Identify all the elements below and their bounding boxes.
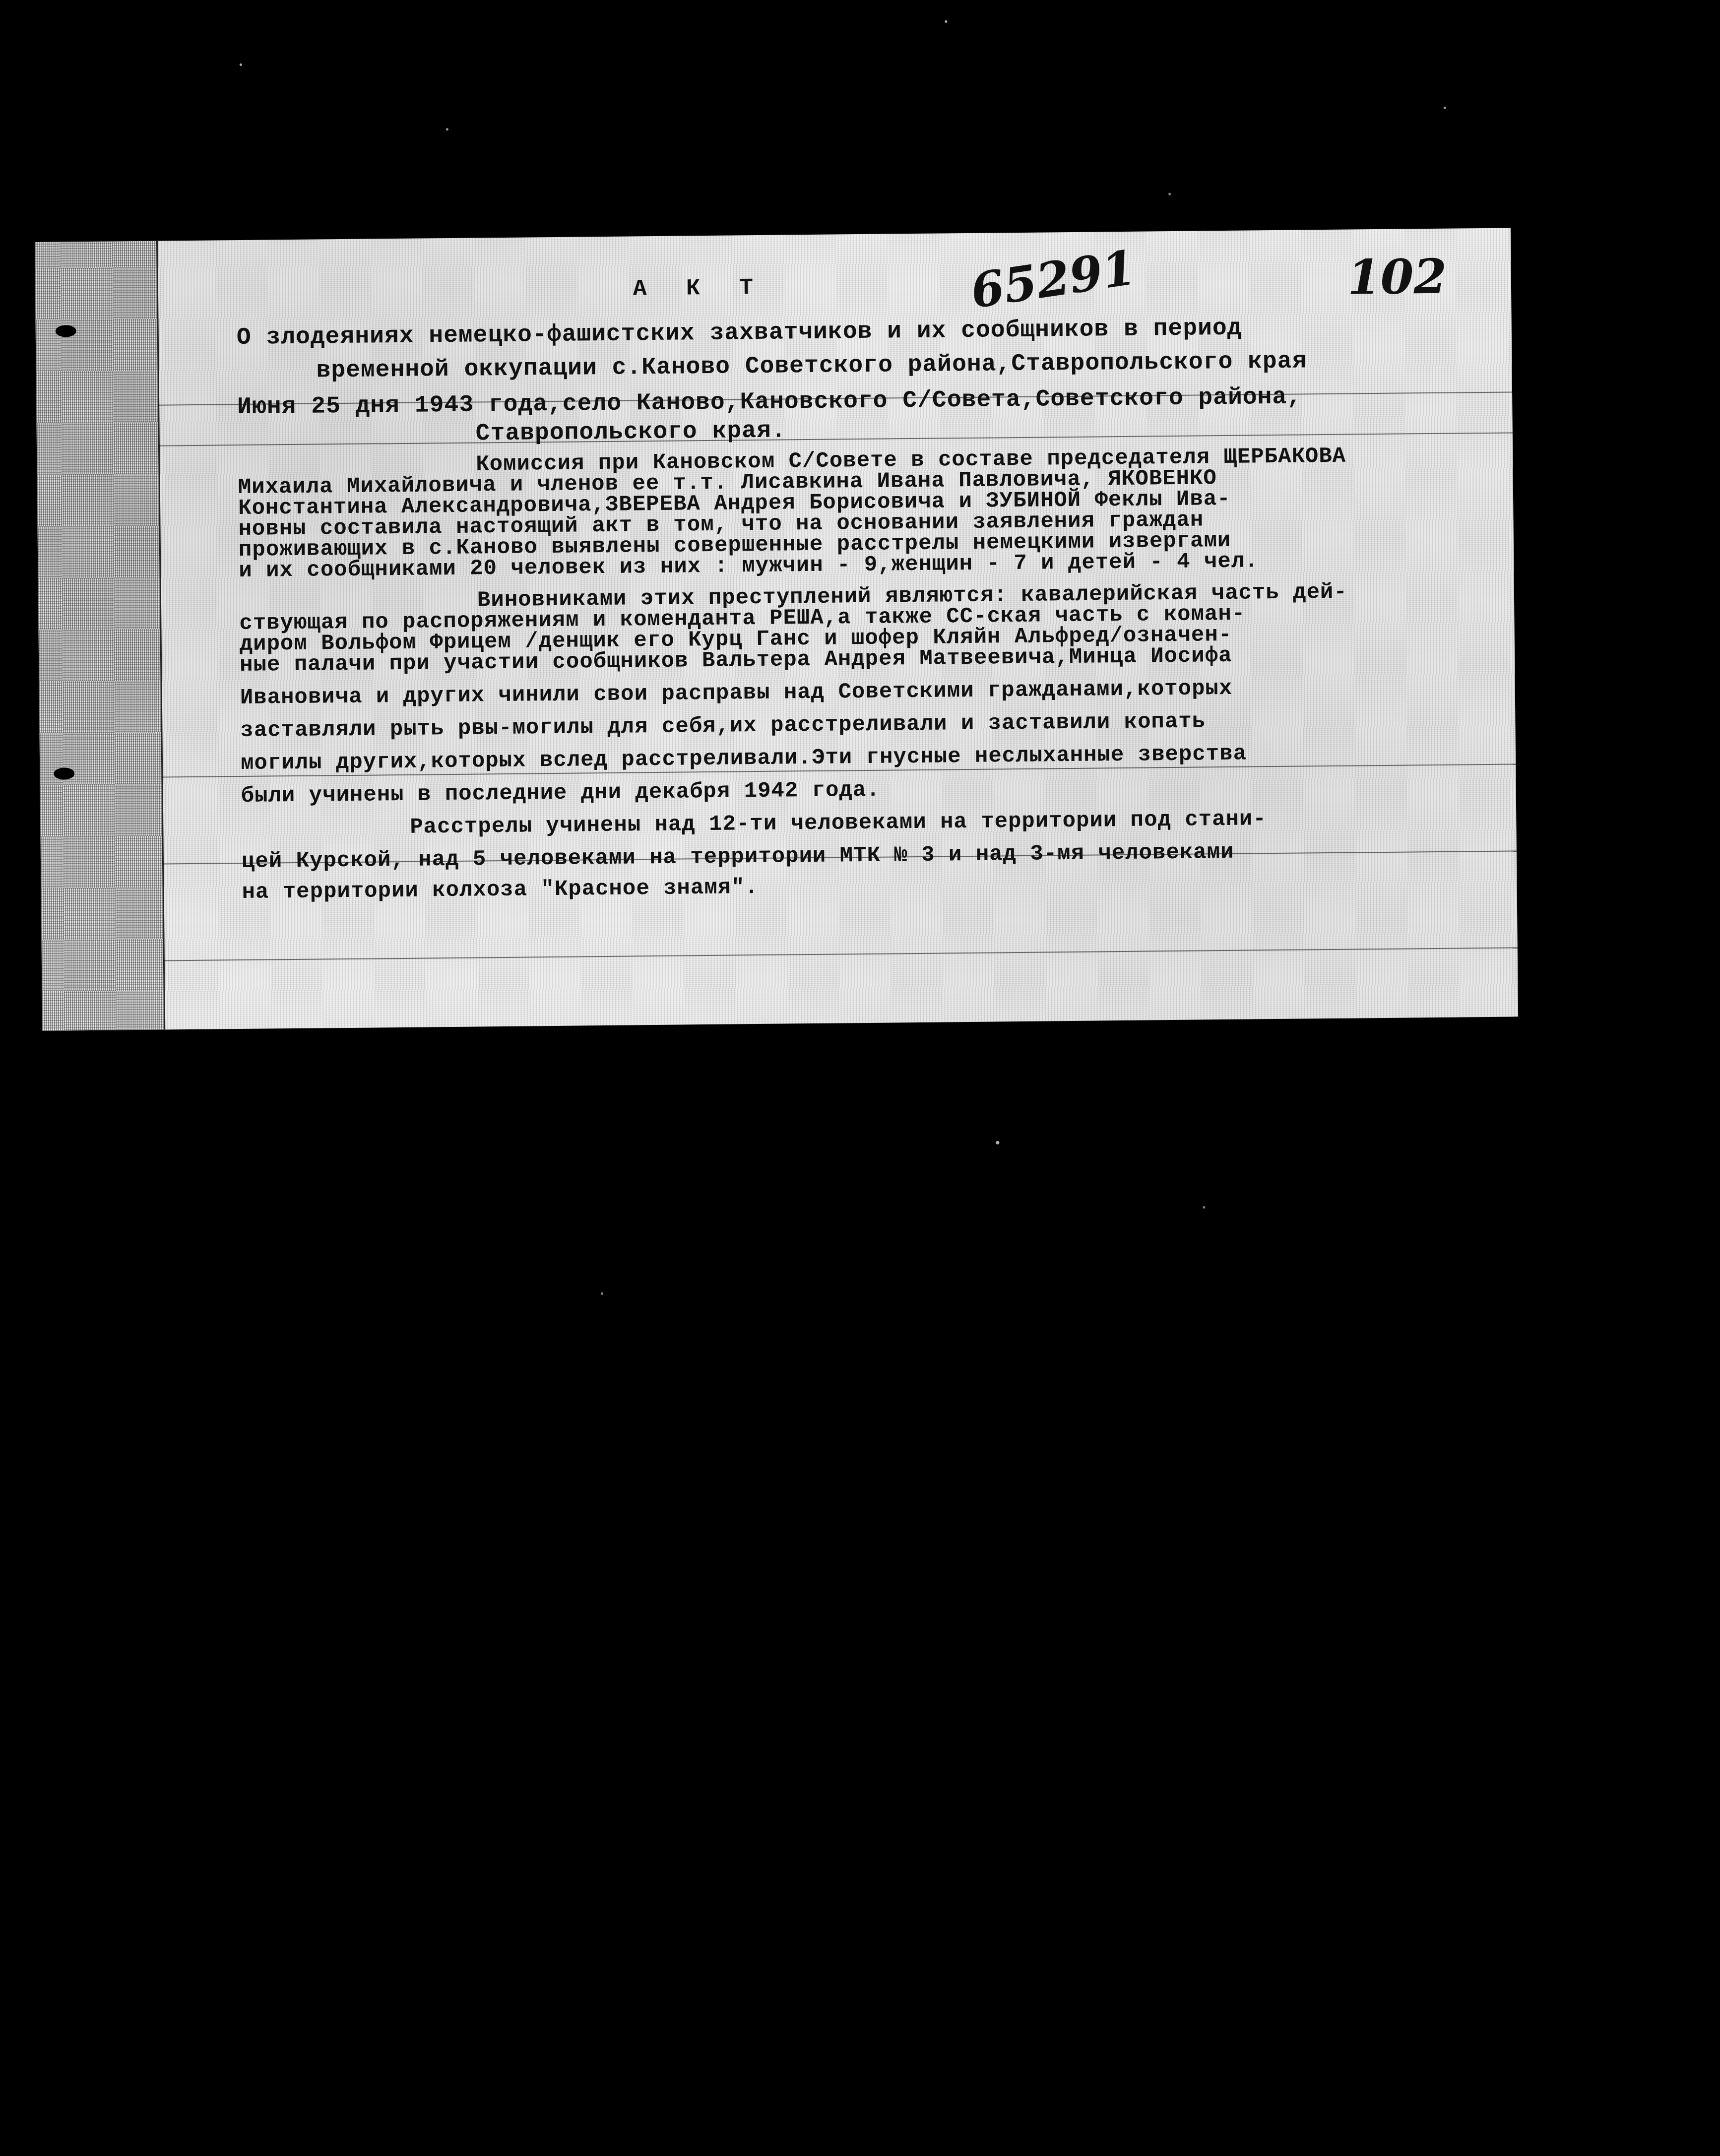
date-place-line-1: Июня 25 дня 1943 года,село Каново,Кановс… bbox=[237, 383, 1302, 421]
handwritten-archive-number: 65291 bbox=[967, 239, 1139, 319]
heading-line-1: О злодеяниях немецко-фашистских захватчи… bbox=[237, 315, 1242, 351]
document-sheet: А К Т 65291 102 О злодеяниях немецко-фаш… bbox=[35, 228, 1518, 1030]
paragraph-3-line: Расстрелы учинены над 12-ти человеками н… bbox=[410, 807, 1267, 840]
heading-line-2: временной оккупации с.Каново Советского … bbox=[316, 348, 1307, 384]
punch-hole-icon bbox=[56, 325, 76, 337]
paragraph-2-line: заставляли рыть рвы-могилы для себя,их р… bbox=[240, 709, 1206, 743]
paragraph-3-line: на территории колхоза "Красное знамя". bbox=[242, 875, 759, 905]
binding-margin bbox=[35, 241, 165, 1031]
handwritten-page-number: 102 bbox=[1347, 249, 1447, 306]
punch-hole-icon bbox=[54, 767, 74, 779]
paragraph-2-line: были учинены в последние дни декабря 194… bbox=[241, 778, 880, 809]
document-title: А К Т bbox=[633, 275, 766, 302]
ruled-line bbox=[163, 947, 1518, 961]
paragraph-2-line: Ивановича и других чинили свои расправы … bbox=[240, 676, 1233, 710]
paragraph-3-line: цей Курской, над 5 человеками на террито… bbox=[242, 840, 1234, 874]
paragraph-2-line: могилы других,которых вслед расстреливал… bbox=[241, 742, 1247, 776]
date-place-line-2: Ставропольского края. bbox=[475, 417, 786, 447]
document-body: А К Т 65291 102 О злодеяниях немецко-фаш… bbox=[156, 228, 1491, 241]
